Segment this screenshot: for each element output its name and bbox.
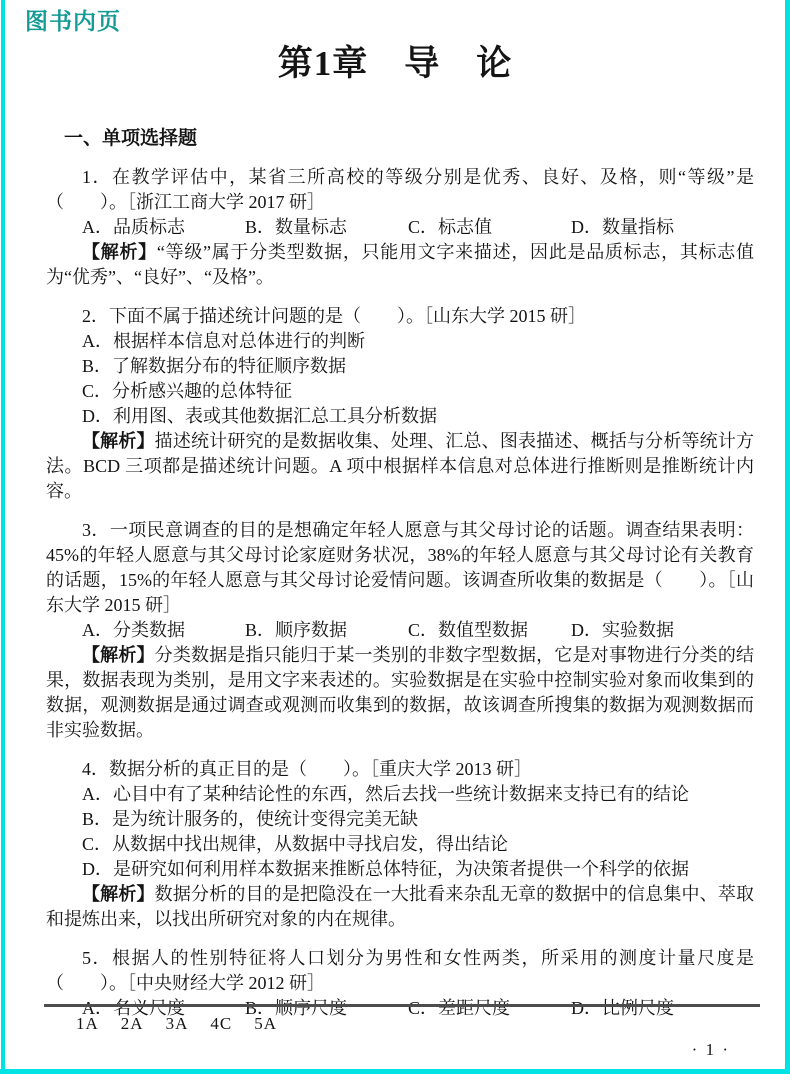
option: D．实验数据 xyxy=(571,618,674,643)
question-stem: 1．在教学评估中，某省三所高校的等级分别是优秀、良好、及格，则“等级”是（ ）。… xyxy=(46,165,754,215)
question-stem: 2．下面不属于描述统计问题的是（ ）。［山东大学 2015 研］ xyxy=(46,304,754,329)
options-row: A．根据样本信息对总体进行的判断B．了解数据分布的特征顺序数据C．分析感兴趣的总… xyxy=(46,329,754,429)
chapter-title: 第1章 导 论 xyxy=(0,36,790,86)
question-4: 4．数据分析的真正目的是（ ）。［重庆大学 2013 研］A．心目中有了某种结论… xyxy=(46,757,754,932)
option: C．分析感兴趣的总体特征 xyxy=(46,379,754,404)
answer-item: 1A xyxy=(76,1014,99,1033)
book-page: 图书内页 第1章 导 论 一、单项选择题 1．在教学评估中，某省三所高校的等级分… xyxy=(0,36,790,1021)
question-stem: 3．一项民意调查的目的是想确定年轻人愿意与其父母讨论的话题。调查结果表明：45%… xyxy=(46,518,754,618)
option: D．数量指标 xyxy=(571,215,674,240)
option: C．数值型数据 xyxy=(408,618,571,643)
page-border-left xyxy=(1,0,5,1074)
answer-item: 5A xyxy=(254,1014,277,1033)
option: B．数量标志 xyxy=(245,215,408,240)
option: D．是研究如何利用样本数据来推断总体特征，为决策者提供一个科学的依据 xyxy=(46,857,754,882)
question-2: 2．下面不属于描述统计问题的是（ ）。［山东大学 2015 研］A．根据样本信息… xyxy=(46,304,754,504)
question-5: 5．根据人的性别特征将人口划分为男性和女性两类，所采用的测度计量尺度是（ ）。［… xyxy=(46,946,754,1021)
option: C．标志值 xyxy=(408,215,571,240)
option: A．根据样本信息对总体进行的判断 xyxy=(46,329,754,354)
analysis-label: 【解析】 xyxy=(82,645,155,665)
page-label: 图书内页 xyxy=(25,3,121,36)
footer-rule xyxy=(44,1004,760,1007)
option: B．顺序数据 xyxy=(245,618,408,643)
analysis: 【解析】数据分析的目的是把隐没在一大批看来杂乱无章的数据中的信息集中、萃取和提炼… xyxy=(46,882,754,932)
answer-item: 2A xyxy=(121,1014,144,1033)
analysis-label: 【解析】 xyxy=(82,884,155,904)
analysis-label: 【解析】 xyxy=(82,431,155,451)
answers-row: 1A2A3A4C5A xyxy=(76,1014,299,1034)
page-border-right xyxy=(785,0,790,1074)
options-row: A．心目中有了某种结论性的东西，然后去找一些统计数据来支持已有的结论B．是为统计… xyxy=(46,782,754,882)
content-area: 一、单项选择题 1．在教学评估中，某省三所高校的等级分别是优秀、良好、及格，则“… xyxy=(46,126,754,1021)
question-3: 3．一项民意调查的目的是想确定年轻人愿意与其父母讨论的话题。调查结果表明：45%… xyxy=(46,518,754,743)
answer-item: 3A xyxy=(166,1014,189,1033)
answer-item: 4C xyxy=(210,1014,232,1033)
option: C．差距尺度 xyxy=(408,996,571,1021)
option: A．分类数据 xyxy=(82,618,245,643)
question-stem: 5．根据人的性别特征将人口划分为男性和女性两类，所采用的测度计量尺度是（ ）。［… xyxy=(46,946,754,996)
option: C．从数据中找出规律，从数据中寻找启发，得出结论 xyxy=(46,832,754,857)
option: D．利用图、表或其他数据汇总工具分析数据 xyxy=(46,404,754,429)
page-number: · 1 · xyxy=(692,1040,730,1060)
options-row: A．分类数据B．顺序数据C．数值型数据D．实验数据 xyxy=(46,618,754,643)
analysis: 【解析】描述统计研究的是数据收集、处理、汇总、图表描述、概括与分析等统计方法。B… xyxy=(46,429,754,504)
option: D．比例尺度 xyxy=(571,996,674,1021)
question-list: 1．在教学评估中，某省三所高校的等级分别是优秀、良好、及格，则“等级”是（ ）。… xyxy=(46,165,754,1021)
analysis: 【解析】“等级”属于分类型数据，只能用文字来描述，因此是品质标志，其标志值为“优… xyxy=(46,240,754,290)
option: A．心目中有了某种结论性的东西，然后去找一些统计数据来支持已有的结论 xyxy=(46,782,754,807)
question-stem: 4．数据分析的真正目的是（ ）。［重庆大学 2013 研］ xyxy=(46,757,754,782)
section-heading: 一、单项选择题 xyxy=(64,126,754,151)
question-1: 1．在教学评估中，某省三所高校的等级分别是优秀、良好、及格，则“等级”是（ ）。… xyxy=(46,165,754,290)
option: B．了解数据分布的特征顺序数据 xyxy=(46,354,754,379)
analysis: 【解析】分类数据是指只能归于某一类别的非数字型数据，它是对事物进行分类的结果，数… xyxy=(46,643,754,743)
page-border-bottom xyxy=(0,1069,790,1074)
options-row: A．品质标志B．数量标志C．标志值D．数量指标 xyxy=(46,215,754,240)
option: A．品质标志 xyxy=(82,215,245,240)
option: B．是为统计服务的，使统计变得完美无缺 xyxy=(46,807,754,832)
analysis-label: 【解析】 xyxy=(82,242,157,262)
